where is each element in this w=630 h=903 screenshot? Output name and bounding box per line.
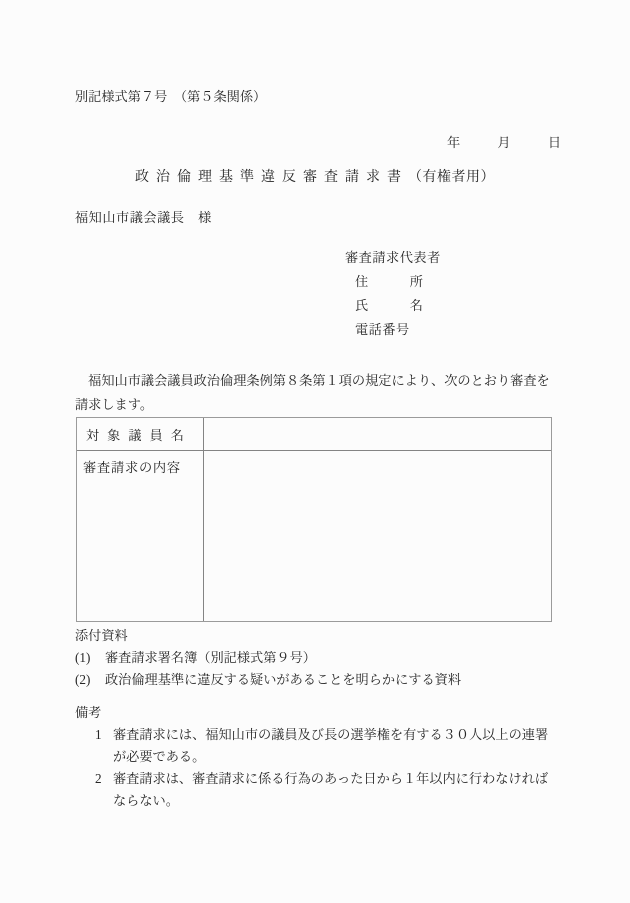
table-cell-request-content-value xyxy=(204,451,551,621)
attachment-item-1-number: (1) xyxy=(75,647,96,669)
addressee: 福知山市議会議長 様 xyxy=(75,207,212,226)
date-month-label: 月 xyxy=(497,132,510,151)
page-title-main: 政治倫理基準違反審査請求書 xyxy=(135,170,408,185)
request-table: 対象議員名 審査請求の内容 xyxy=(76,417,552,622)
date-line: 年 月 日 xyxy=(447,132,561,151)
page-title: 政治倫理基準違反審査請求書（有権者用） xyxy=(0,166,630,186)
remark-item-2-text: 審査請求は、審査請求に係る行為のあった日から１年以内に行わなければならない。 xyxy=(113,768,560,812)
attachments-section: 添付資料 (1) 審査請求署名簿（別記様式第９号） (2) 政治倫理基準に違反す… xyxy=(75,625,557,691)
remark-item-2: 2 審査請求は、審査請求に係る行為のあった日から１年以内に行わなければならない。 xyxy=(95,768,565,812)
attachment-item-2-text: 政治倫理基準に違反する疑いがあることを明らかにする資料 xyxy=(105,669,461,691)
body-paragraph: 福知山市議会議員政治倫理条例第８条第１項の規定により、次のとおり審査を請求します… xyxy=(75,369,557,417)
form-number: 別記様式第７号 （第５条関係） xyxy=(75,86,266,105)
attachment-item-2-number: (2) xyxy=(75,669,96,691)
remarks-section: 備考 1 審査請求には、福知山市の議員及び長の選挙権を有する３０人以上の連署が必… xyxy=(75,702,565,812)
date-day-label: 日 xyxy=(548,132,561,151)
document-page: 別記様式第７号 （第５条関係） 年 月 日 政治倫理基準違反審査請求書（有権者用… xyxy=(0,0,630,903)
attachments-heading: 添付資料 xyxy=(75,625,557,647)
remark-item-1: 1 審査請求には、福知山市の議員及び長の選挙権を有する３０人以上の連署が必要であ… xyxy=(95,724,565,768)
representative-field-name: 氏 名 xyxy=(345,294,441,318)
remark-item-2-number: 2 xyxy=(95,768,107,812)
table-header-target-member-name: 対象議員名 xyxy=(77,418,204,451)
representative-block: 審査請求代表者 住 所 氏 名 電話番号 xyxy=(345,246,441,342)
remark-item-1-text: 審査請求には、福知山市の議員及び長の選挙権を有する３０人以上の連署が必要である。 xyxy=(113,724,560,768)
attachment-item-1-text: 審査請求署名簿（別記様式第９号） xyxy=(105,647,316,669)
representative-field-phone: 電話番号 xyxy=(345,318,441,342)
attachment-item-1: (1) 審査請求署名簿（別記様式第９号） xyxy=(75,647,557,669)
remarks-heading: 備考 xyxy=(75,702,565,724)
attachment-item-2: (2) 政治倫理基準に違反する疑いがあることを明らかにする資料 xyxy=(75,669,557,691)
representative-field-address: 住 所 xyxy=(345,270,441,294)
representative-heading: 審査請求代表者 xyxy=(345,246,441,270)
page-title-suffix: （有権者用） xyxy=(408,170,495,185)
table-header-request-content: 審査請求の内容 xyxy=(77,451,204,621)
date-year-label: 年 xyxy=(447,132,460,151)
table-cell-target-member-name-value xyxy=(204,418,551,451)
remark-item-1-number: 1 xyxy=(95,724,107,768)
